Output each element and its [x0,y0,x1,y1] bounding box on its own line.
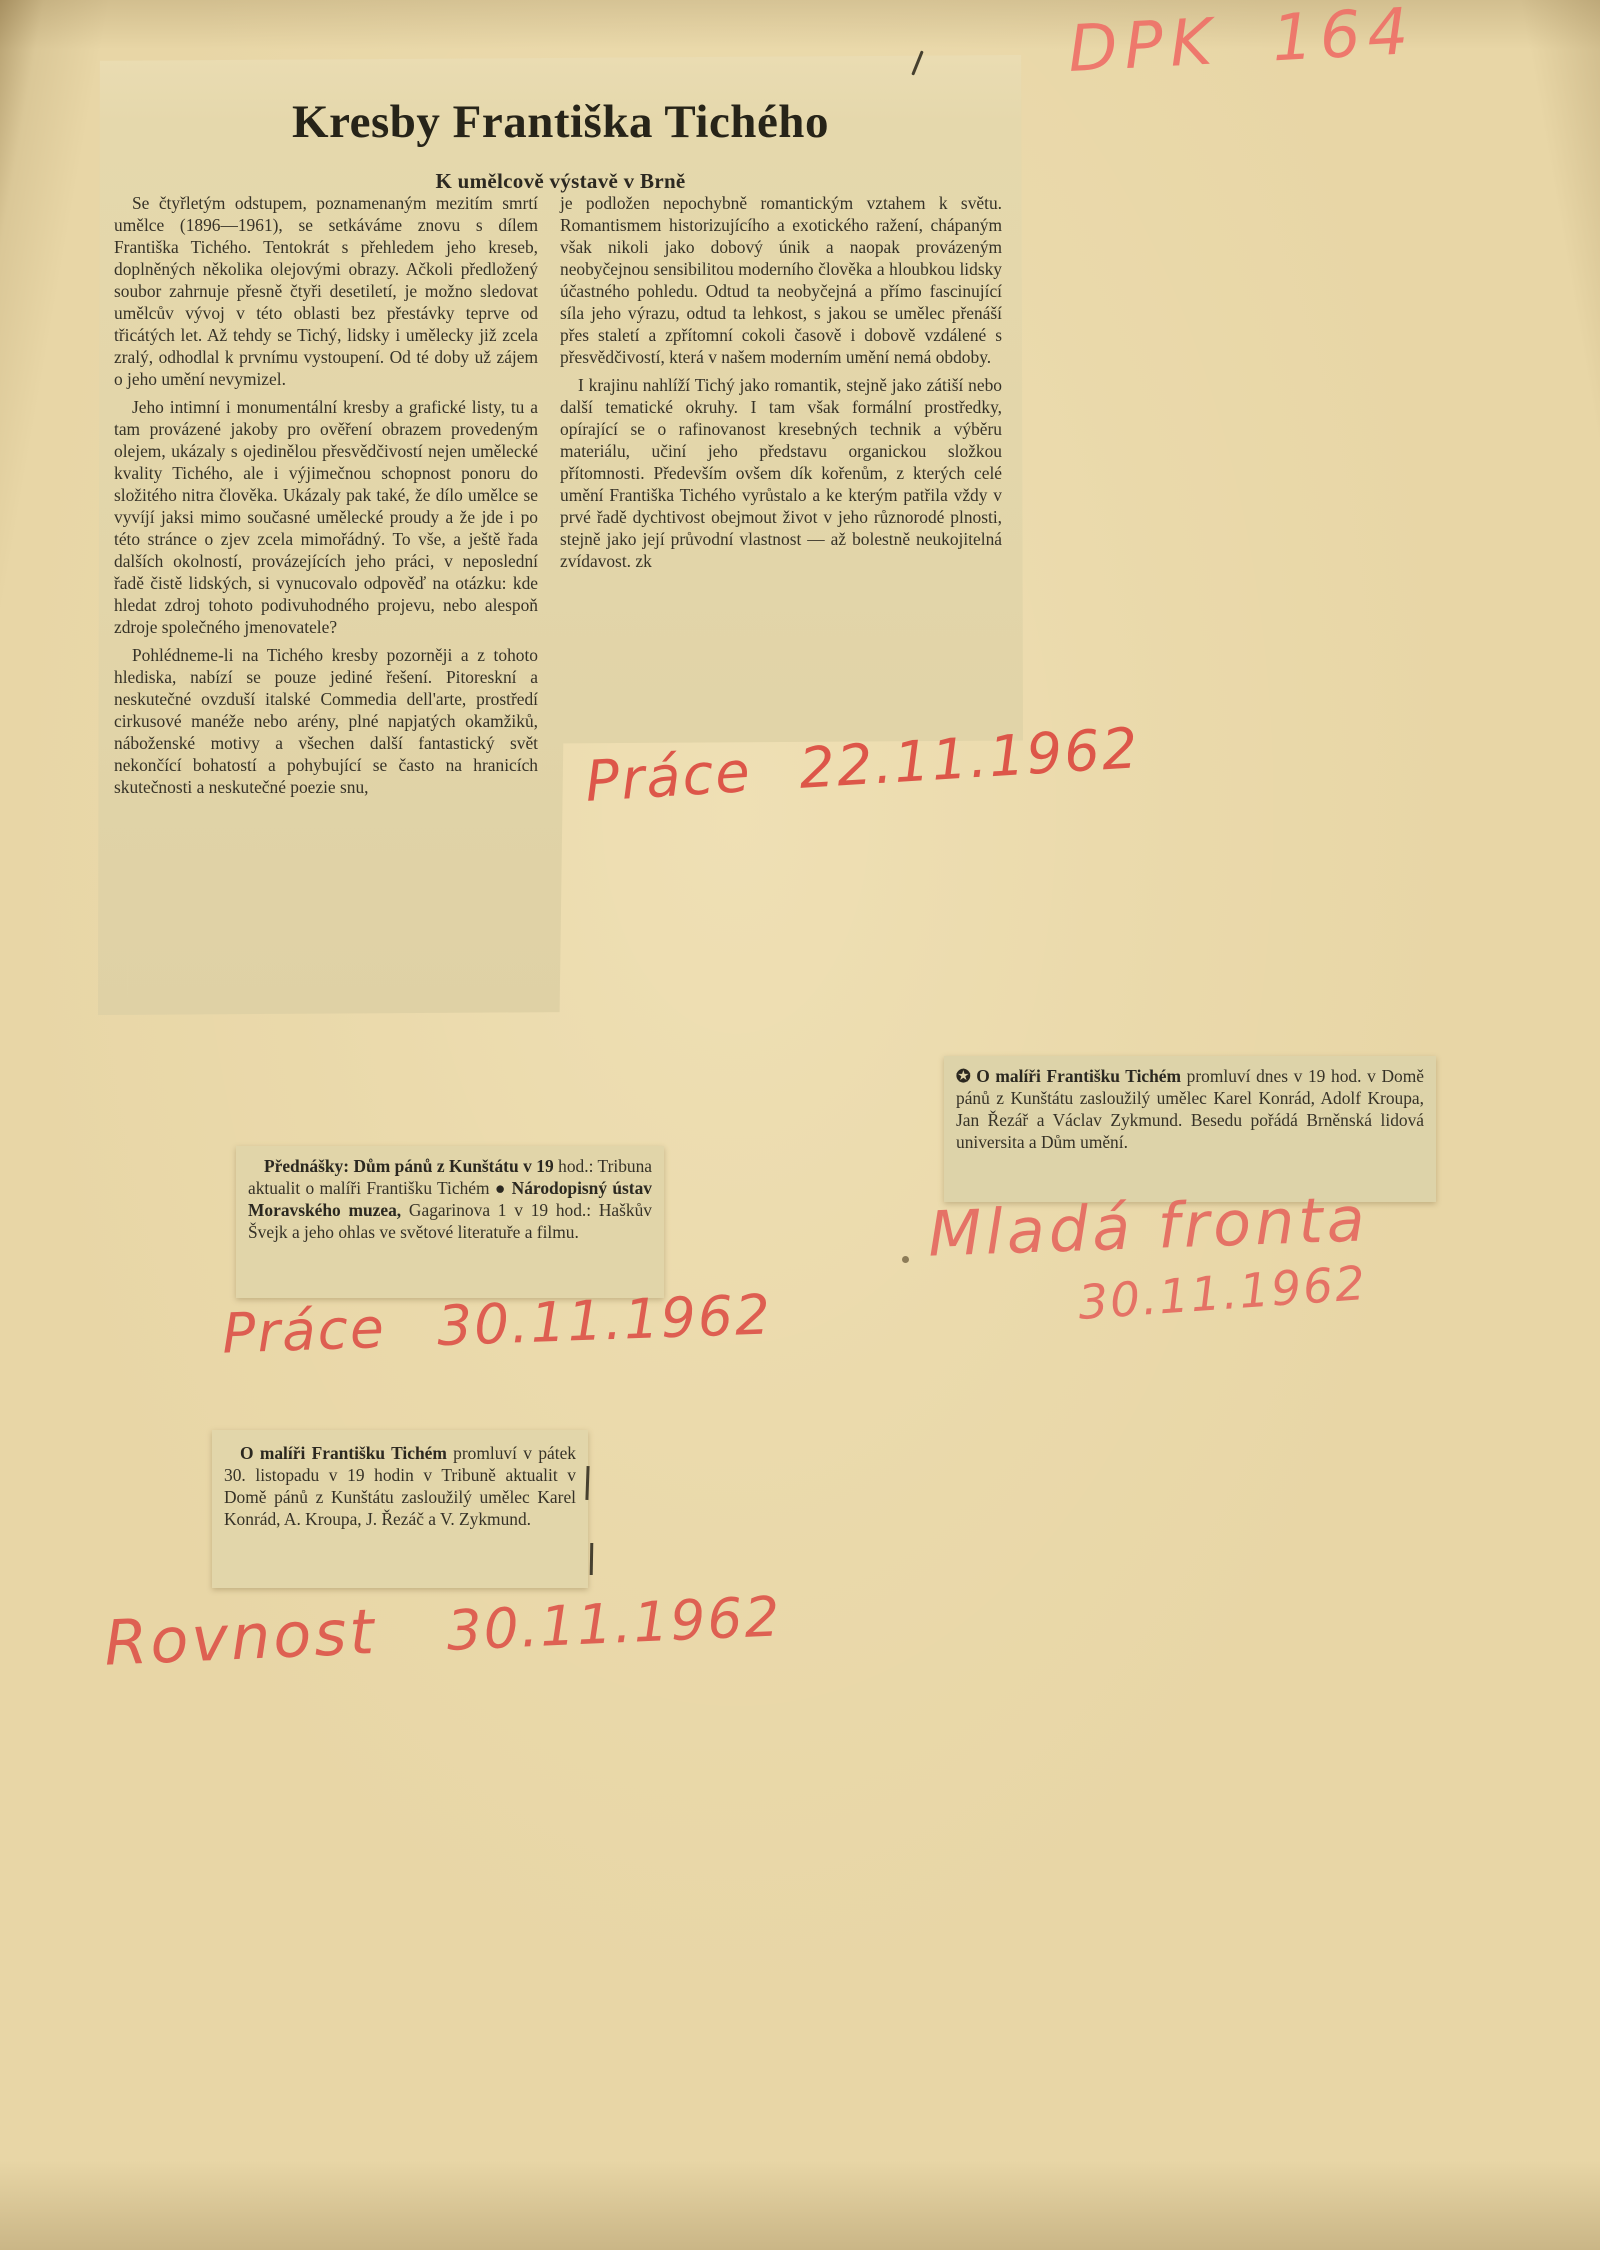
mlada-fronta-clipping-text: ✪ O malíři Františku Tichém promluví dne… [956,1065,1424,1153]
pen-tick-mark [585,1466,589,1500]
rovnost-clipping: O malíři Františku Tichém promluví v pát… [212,1430,588,1588]
article-paragraph-with-signature: I krajinu nahlíží Tichý jako romantik, s… [560,374,1002,572]
article-paragraph: Se čtyřletým odstupem, poznamenaným mezi… [114,192,538,390]
star-bullet-icon: ✪ [956,1066,971,1086]
handwritten-rovnost-name: Rovnost [103,1595,378,1680]
article-paragraph: Jeho intimní i monumentální kresby a gra… [114,396,538,638]
lectures-clipping: Přednášky: Dům pánů z Kunštátu v 19 hod.… [236,1146,664,1298]
lectures-lead: Přednášky: Dům pánů z Kunštátu v 19 [264,1156,554,1176]
handwritten-date-mlada-fronta: 30.11.1962 [1076,1256,1368,1331]
rovnost-clipping-text: O malíři Františku Tichém promluví v pát… [224,1442,576,1530]
bullet-icon: ● [495,1178,506,1198]
handwritten-source-mlada-fronta: Mladá fronta [927,1182,1370,1270]
mlada-fronta-clipping: ✪ O malíři Františku Tichém promluví dne… [944,1056,1436,1202]
article-paragraph: je podložen nepochybně romantickým vztah… [560,192,1002,368]
handwritten-rovnost-date: 30.11.1962 [445,1584,782,1663]
article-column-2: je podložen nepochybně romantickým vztah… [560,192,1002,578]
pen-dot-mark [902,1256,909,1263]
handwritten-source-rovnost: Rovnost 30.11.1962 [103,1577,783,1679]
lectures-clipping-text: Přednášky: Dům pánů z Kunštátu v 19 hod.… [248,1155,652,1243]
handwritten-archive-code: DPK 164 [1066,0,1417,87]
article-column-1: Se čtyřletým odstupem, poznamenaným mezi… [114,192,538,804]
scanned-archive-page: { "colors": { "paper": "#e8d6a6", "clipp… [0,0,1600,2250]
article-subtitle: K umělcově výstavě v Brně [98,169,1023,194]
pen-tick-mark [590,1543,594,1575]
article-paragraph: Pohlédneme-li na Tichého kresby pozorněj… [114,644,538,798]
article-title: Kresby Františka Tichého [98,95,1023,149]
rovnost-lead: O malíři Františku Tichém [240,1443,447,1463]
mlada-fronta-lead: O malíři Františku Tichém [971,1066,1181,1086]
